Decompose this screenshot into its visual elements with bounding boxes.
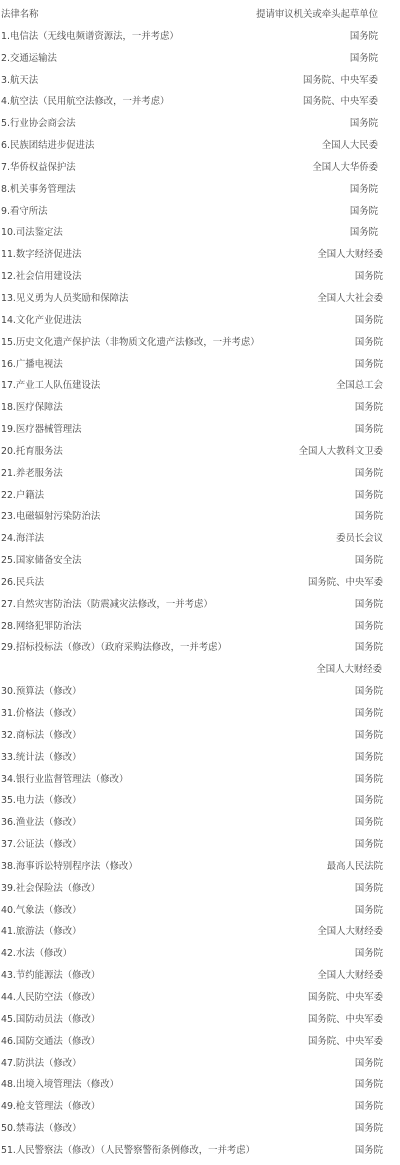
table-row: 45.国防动员法（修改）国务院、中央军委: [0, 1009, 400, 1031]
drafting-unit: 国务院: [355, 1096, 383, 1118]
drafting-unit: 全国总工会: [336, 375, 383, 397]
table-row: 5.行业协会商会法国务院: [0, 113, 400, 135]
drafting-unit: 国务院: [355, 397, 383, 419]
table-header: 法律名称 提请审议机关或牵头起草单位: [0, 4, 400, 26]
table-row: 23.电磁辐射污染防治法国务院: [0, 506, 400, 528]
drafting-unit: 国务院: [350, 26, 378, 48]
drafting-unit: 全国人大财经委: [316, 659, 382, 681]
table-row: 50.禁毒法（修改）国务院: [0, 1118, 400, 1140]
drafting-unit: 国务院: [355, 812, 383, 834]
drafting-unit: 全国人大社会委: [317, 288, 383, 310]
table-row: 31.价格法（修改）国务院: [0, 703, 400, 725]
law-name: 27.自然灾害防治法（防震减灾法修改，一并考虑）: [1, 594, 213, 616]
drafting-unit: 国务院、中央军委: [308, 572, 383, 594]
table-row: 36.渔业法（修改）国务院: [0, 812, 400, 834]
law-name: 5.行业协会商会法: [1, 113, 76, 135]
table-row: 12.社会信用建设法国务院: [0, 266, 400, 288]
table-row: 43.节约能源法（修改）全国人大财经委: [0, 965, 400, 987]
table-row: 51.人民警察法（修改）（人民警察警衔条例修改，一并考虑）国务院: [0, 1140, 400, 1162]
law-name: 21.养老服务法: [1, 463, 63, 485]
drafting-unit: 国务院、中央军委: [308, 1031, 383, 1053]
drafting-unit: 国务院: [350, 179, 378, 201]
law-name: 14.文化产业促进法: [1, 310, 82, 332]
drafting-unit: 国务院: [355, 637, 383, 659]
drafting-unit: 国务院: [355, 900, 383, 922]
table-row: 33.统计法（修改）国务院: [0, 747, 400, 769]
table-row: 41.旅游法（修改）全国人大财经委: [0, 921, 400, 943]
column-header-drafting-unit: 提请审议机关或牵头起草单位: [256, 4, 378, 26]
law-name: 34.银行业监督管理法（修改）: [1, 769, 128, 791]
drafting-unit: 全国人大财经委: [317, 244, 383, 266]
law-name: 7.华侨权益保护法: [1, 157, 76, 179]
law-name: 16.广播电视法: [1, 354, 63, 376]
law-name: 20.托育服务法: [1, 441, 63, 463]
table-row: 42.水法（修改）国务院: [0, 943, 400, 965]
drafting-unit: 国务院: [355, 769, 383, 791]
drafting-unit: 国务院: [350, 222, 378, 244]
drafting-unit: 全国人大财经委: [317, 921, 383, 943]
law-name: 22.户籍法: [1, 485, 44, 507]
table-row: 1.电信法（无线电频谱资源法，一并考虑）国务院: [0, 26, 400, 48]
drafting-unit: 国务院: [355, 594, 383, 616]
law-name: 33.统计法（修改）: [1, 747, 82, 769]
table-row: 3.航天法国务院、中央军委: [0, 70, 400, 92]
table-row: 40.气象法（修改）国务院: [0, 900, 400, 922]
table-row: 26.民兵法国务院、中央军委: [0, 572, 400, 594]
law-name: 37.公证法（修改）: [1, 834, 82, 856]
table-row: 37.公证法（修改）国务院: [0, 834, 400, 856]
drafting-unit: 国务院: [355, 1118, 383, 1140]
table-row: 22.户籍法国务院: [0, 485, 400, 507]
law-name: 49.枪支管理法（修改）: [1, 1096, 100, 1118]
law-name: 15.历史文化遗产保护法（非物质文化遗产法修改，一并考虑）: [1, 332, 260, 354]
table-row: 7.华侨权益保护法全国人大华侨委: [0, 157, 400, 179]
table-row: 48.出境入境管理法（修改）国务院: [0, 1074, 400, 1096]
law-name: 17.产业工人队伍建设法: [1, 375, 100, 397]
law-name: 45.国防动员法（修改）: [1, 1009, 100, 1031]
table-row: 47.防洪法（修改）国务院: [0, 1053, 400, 1075]
table-row: 11.数字经济促进法全国人大财经委: [0, 244, 400, 266]
law-name: 23.电磁辐射污染防治法: [1, 506, 100, 528]
drafting-unit: 国务院: [355, 463, 383, 485]
law-name: 9.看守所法: [1, 201, 47, 223]
drafting-unit: 国务院: [355, 1140, 383, 1162]
drafting-unit: 国务院: [350, 48, 378, 70]
table-row: 32.商标法（修改）国务院: [0, 725, 400, 747]
table-row: 4.航空法（民用航空法修改，一并考虑）国务院、中央军委: [0, 91, 400, 113]
drafting-unit: 国务院、中央军委: [303, 70, 378, 92]
law-name: 40.气象法（修改）: [1, 900, 82, 922]
table-row: 19.医疗器械管理法国务院: [0, 419, 400, 441]
table-row: 17.产业工人队伍建设法全国总工会: [0, 375, 400, 397]
law-name: 8.机关事务管理法: [1, 179, 76, 201]
table-row: 13.见义勇为人员奖励和保障法全国人大社会委: [0, 288, 400, 310]
table-row: 2.交通运输法国务院: [0, 48, 400, 70]
drafting-unit: 国务院: [355, 1074, 383, 1096]
law-name: 13.见义勇为人员奖励和保障法: [1, 288, 128, 310]
table-row: 28.网络犯罪防治法国务院: [0, 616, 400, 638]
drafting-unit: 国务院: [355, 725, 383, 747]
law-name: 29.招标投标法（修改）（政府采购法修改，一并考虑）: [1, 637, 227, 659]
drafting-unit: 全国人大财经委: [317, 965, 383, 987]
drafting-unit: 国务院: [355, 878, 383, 900]
drafting-unit: 全国人大教科文卫委: [299, 441, 383, 463]
table-row: 6.民族团结进步促进法全国人大民委: [0, 135, 400, 157]
drafting-unit: 国务院: [355, 1053, 383, 1075]
law-name: 47.防洪法（修改）: [1, 1053, 82, 1075]
table-row: 49.枪支管理法（修改）国务院: [0, 1096, 400, 1118]
law-name: 11.数字经济促进法: [1, 244, 82, 266]
table-row-continuation: 全国人大财经委: [0, 659, 400, 681]
table-row: 25.国家储备安全法国务院: [0, 550, 400, 572]
law-name: 24.海洋法: [1, 528, 44, 550]
law-name: 35.电力法（修改）: [1, 790, 82, 812]
table-row: 44.人民防空法（修改）国务院、中央军委: [0, 987, 400, 1009]
law-name: 10.司法鉴定法: [1, 222, 63, 244]
law-name: 32.商标法（修改）: [1, 725, 82, 747]
law-name: 6.民族团结进步促进法: [1, 135, 94, 157]
drafting-unit: 国务院: [355, 266, 383, 288]
drafting-unit: 国务院: [355, 616, 383, 638]
drafting-unit: 国务院、中央军委: [308, 1009, 383, 1031]
drafting-unit: 国务院、中央军委: [308, 987, 383, 1009]
drafting-unit: 国务院: [355, 943, 383, 965]
drafting-unit: 国务院: [355, 332, 383, 354]
table-row: 9.看守所法国务院: [0, 201, 400, 223]
table-row: 14.文化产业促进法国务院: [0, 310, 400, 332]
law-name: 51.人民警察法（修改）（人民警察警衔条例修改，一并考虑）: [1, 1140, 255, 1162]
drafting-unit: 国务院: [355, 834, 383, 856]
law-name: 50.禁毒法（修改）: [1, 1118, 82, 1140]
law-list-table: 法律名称 提请审议机关或牵头起草单位 1.电信法（无线电频谱资源法，一并考虑）国…: [0, 0, 400, 1162]
drafting-unit: 国务院: [355, 790, 383, 812]
drafting-unit: 国务院: [355, 703, 383, 725]
drafting-unit: 国务院: [355, 681, 383, 703]
table-body: 1.电信法（无线电频谱资源法，一并考虑）国务院2.交通运输法国务院3.航天法国务…: [0, 26, 400, 1162]
table-row: 20.托育服务法全国人大教科文卫委: [0, 441, 400, 463]
table-row: 21.养老服务法国务院: [0, 463, 400, 485]
drafting-unit: 国务院: [350, 201, 378, 223]
law-name: 43.节约能源法（修改）: [1, 965, 100, 987]
drafting-unit: 国务院: [355, 485, 383, 507]
law-name: 25.国家储备安全法: [1, 550, 82, 572]
law-name: 2.交通运输法: [1, 48, 57, 70]
table-row: 18.医疗保障法国务院: [0, 397, 400, 419]
law-name: 28.网络犯罪防治法: [1, 616, 82, 638]
law-name: 41.旅游法（修改）: [1, 921, 82, 943]
law-name: 44.人民防空法（修改）: [1, 987, 100, 1009]
law-name: 4.航空法（民用航空法修改，一并考虑）: [1, 91, 169, 113]
law-name: 31.价格法（修改）: [1, 703, 82, 725]
table-row: 27.自然灾害防治法（防震减灾法修改，一并考虑）国务院: [0, 594, 400, 616]
table-row: 24.海洋法委员长会议: [0, 528, 400, 550]
drafting-unit: 国务院: [355, 419, 383, 441]
drafting-unit: 国务院: [355, 550, 383, 572]
drafting-unit: 国务院: [355, 747, 383, 769]
law-name: 18.医疗保障法: [1, 397, 63, 419]
drafting-unit: 国务院: [355, 354, 383, 376]
law-name: 30.预算法（修改）: [1, 681, 82, 703]
law-name: 36.渔业法（修改）: [1, 812, 82, 834]
table-row: 10.司法鉴定法国务院: [0, 222, 400, 244]
law-name: 3.航天法: [1, 70, 38, 92]
table-row: 39.社会保险法（修改）国务院: [0, 878, 400, 900]
table-row: 8.机关事务管理法国务院: [0, 179, 400, 201]
table-row: 38.海事诉讼特别程序法（修改）最高人民法院: [0, 856, 400, 878]
drafting-unit: 全国人大民委: [322, 135, 378, 157]
law-name: 48.出境入境管理法（修改）: [1, 1074, 119, 1096]
drafting-unit: 国务院: [355, 310, 383, 332]
drafting-unit: 委员长会议: [336, 528, 383, 550]
drafting-unit: 最高人民法院: [327, 856, 383, 878]
drafting-unit: 国务院: [355, 506, 383, 528]
table-row: 16.广播电视法国务院: [0, 354, 400, 376]
law-name: 38.海事诉讼特别程序法（修改）: [1, 856, 138, 878]
table-row: 30.预算法（修改）国务院: [0, 681, 400, 703]
table-row: 29.招标投标法（修改）（政府采购法修改，一并考虑）国务院: [0, 637, 400, 659]
law-name: 19.医疗器械管理法: [1, 419, 82, 441]
table-row: 35.电力法（修改）国务院: [0, 790, 400, 812]
table-row: 15.历史文化遗产保护法（非物质文化遗产法修改，一并考虑）国务院: [0, 332, 400, 354]
law-name: 12.社会信用建设法: [1, 266, 82, 288]
law-name: 26.民兵法: [1, 572, 44, 594]
law-name: 1.电信法（无线电频谱资源法，一并考虑）: [1, 26, 179, 48]
table-row: 34.银行业监督管理法（修改）国务院: [0, 769, 400, 791]
column-header-law-name: 法律名称: [1, 4, 39, 26]
table-row: 46.国防交通法（修改）国务院、中央军委: [0, 1031, 400, 1053]
law-name: 39.社会保险法（修改）: [1, 878, 100, 900]
law-name: 42.水法（修改）: [1, 943, 72, 965]
law-name: 46.国防交通法（修改）: [1, 1031, 100, 1053]
drafting-unit: 全国人大华侨委: [312, 157, 378, 179]
drafting-unit: 国务院: [350, 113, 378, 135]
drafting-unit: 国务院、中央军委: [303, 91, 378, 113]
